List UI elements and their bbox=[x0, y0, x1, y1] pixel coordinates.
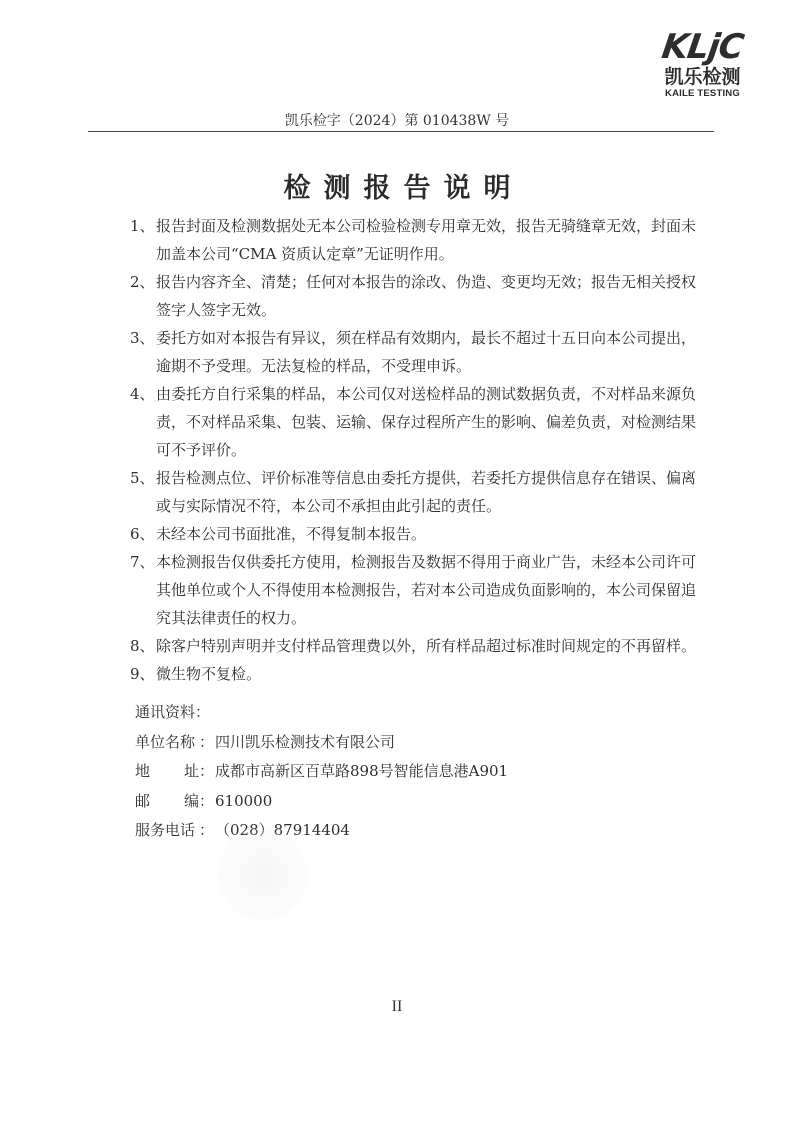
item-number: 6、 bbox=[130, 520, 155, 548]
faint-stamp-mark bbox=[218, 830, 308, 920]
item-text: 报告检测点位、评价标准等信息由委托方提供，若委托方提供信息存在错误、偏离 bbox=[156, 464, 760, 492]
notice-item-6: 6、 未经本公司书面批准，不得复制本报告。 bbox=[130, 520, 760, 548]
item-text: 本检测报告仅供委托方使用，检测报告及数据不得用于商业广告，未经本公司许可 bbox=[156, 548, 760, 576]
label-text: 编 bbox=[184, 787, 199, 817]
contact-value: 610000 bbox=[215, 787, 272, 817]
contact-value: 四川凯乐检测技术有限公司 bbox=[215, 728, 395, 758]
contact-label: 服务电话 bbox=[135, 816, 199, 846]
label-text: 地 bbox=[135, 757, 150, 787]
contact-company: 单位名称 ： 四川凯乐检测技术有限公司 bbox=[135, 728, 508, 758]
logo-name-cn: 凯乐检测 bbox=[655, 66, 750, 88]
contact-heading: 通讯资料： bbox=[135, 698, 508, 728]
label-text: 单位名称 bbox=[135, 728, 195, 758]
item-text: 或与实际情况不符，本公司不承担由此引起的责任。 bbox=[156, 492, 760, 520]
item-text: 除客户特别声明并支付样品管理费以外，所有样品超过标准时间规定的不再留样。 bbox=[156, 632, 760, 660]
item-number: 8、 bbox=[130, 632, 155, 660]
item-number: 5、 bbox=[130, 464, 155, 492]
contact-value: 成都市高新区百草路898号智能信息港A901 bbox=[215, 757, 508, 787]
item-number: 9、 bbox=[130, 660, 155, 688]
item-number: 7、 bbox=[130, 548, 155, 576]
logo-name-en: KAILE TESTING bbox=[655, 88, 750, 100]
label-text: 服务电话 bbox=[135, 816, 195, 846]
contact-address: 地 址 ： 成都市高新区百草路898号智能信息港A901 bbox=[135, 757, 508, 787]
contact-postcode: 邮 编 ： 610000 bbox=[135, 787, 508, 817]
item-number: 2、 bbox=[130, 268, 155, 296]
notice-item-1: 1、 报告封面及检测数据处无本公司检验检测专用章无效，报告无骑缝章无效，封面未 … bbox=[130, 212, 760, 268]
item-number: 3、 bbox=[130, 324, 155, 352]
item-number: 4、 bbox=[130, 380, 155, 408]
item-text: 微生物不复检。 bbox=[156, 660, 760, 688]
notice-item-4: 4、 由委托方自行采集的样品，本公司仅对送检样品的测试数据负责，不对样品来源负 … bbox=[130, 380, 760, 464]
item-text: 责，不对样品采集、包装、运输、保存过程所产生的影响、偏差负责，对检测结果 bbox=[156, 408, 760, 436]
notice-item-2: 2、 报告内容齐全、清楚；任何对本报告的涂改、伪造、变更均无效；报告无相关授权 … bbox=[130, 268, 760, 324]
item-text: 委托方如对本报告有异议，须在样品有效期内，最长不超过十五日向本公司提出， bbox=[156, 324, 760, 352]
label-colon: ： bbox=[199, 757, 215, 787]
item-text: 由委托方自行采集的样品，本公司仅对送检样品的测试数据负责，不对样品来源负 bbox=[156, 380, 760, 408]
contact-label: 邮 编 bbox=[135, 787, 199, 817]
label-colon: ： bbox=[199, 816, 215, 846]
item-text: 究其法律责任的权力。 bbox=[156, 604, 760, 632]
item-number: 1、 bbox=[130, 212, 155, 240]
contact-label: 单位名称 bbox=[135, 728, 199, 758]
label-text: 邮 bbox=[135, 787, 150, 817]
notice-item-5: 5、 报告检测点位、评价标准等信息由委托方提供，若委托方提供信息存在错误、偏离 … bbox=[130, 464, 760, 520]
notice-list: 1、 报告封面及检测数据处无本公司检验检测专用章无效，报告无骑缝章无效，封面未 … bbox=[130, 212, 760, 688]
contact-info: 通讯资料： 单位名称 ： 四川凯乐检测技术有限公司 地 址 ： 成都市高新区百草… bbox=[135, 698, 508, 846]
label-colon: ： bbox=[199, 728, 215, 758]
header-divider bbox=[88, 131, 714, 132]
item-text: 可不予评价。 bbox=[156, 436, 760, 464]
label-text: 址 bbox=[184, 757, 199, 787]
item-text: 报告封面及检测数据处无本公司检验检测专用章无效，报告无骑缝章无效，封面未 bbox=[156, 212, 760, 240]
item-text: 未经本公司书面批准，不得复制本报告。 bbox=[156, 520, 760, 548]
contact-label: 地 址 bbox=[135, 757, 199, 787]
notice-item-3: 3、 委托方如对本报告有异议，须在样品有效期内，最长不超过十五日向本公司提出， … bbox=[130, 324, 760, 380]
notice-item-7: 7、 本检测报告仅供委托方使用，检测报告及数据不得用于商业广告，未经本公司许可 … bbox=[130, 548, 760, 632]
item-text: 报告内容齐全、清楚；任何对本报告的涂改、伪造、变更均无效；报告无相关授权 bbox=[156, 268, 760, 296]
notice-item-9: 9、 微生物不复检。 bbox=[130, 660, 760, 688]
page-title: 检测报告说明 bbox=[0, 166, 794, 205]
company-logo: KLjC 凯乐检测 KAILE TESTING bbox=[655, 30, 750, 110]
page-number: II bbox=[0, 998, 794, 1016]
notice-item-8: 8、 除客户特别声明并支付样品管理费以外，所有样品超过标准时间规定的不再留样。 bbox=[130, 632, 760, 660]
item-text: 其他单位或个人不得使用本检测报告，若对本公司造成负面影响的，本公司保留追 bbox=[156, 576, 760, 604]
logo-mark: KLjC bbox=[653, 30, 753, 64]
item-text: 签字人签字无效。 bbox=[156, 296, 760, 324]
contact-phone: 服务电话 ： （028）87914404 bbox=[135, 816, 508, 846]
item-text: 加盖本公司“CMA 资质认定章”无证明作用。 bbox=[156, 240, 760, 268]
item-text: 逾期不予受理。无法复检的样品，不受理申诉。 bbox=[156, 352, 760, 380]
label-colon: ： bbox=[199, 787, 215, 817]
report-number: 凯乐检字（2024）第 010438W 号 bbox=[0, 110, 794, 130]
